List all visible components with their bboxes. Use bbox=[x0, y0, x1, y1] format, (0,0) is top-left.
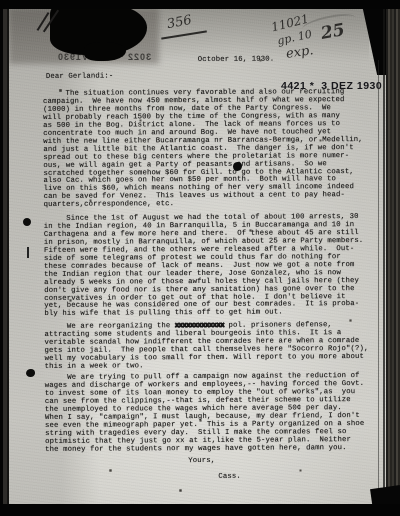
letter-date: October 16, 1930. bbox=[198, 57, 275, 65]
margin-dot-2 bbox=[26, 369, 35, 377]
letter-paragraph-3: We are reorganizing the xxxxxxxxxxxxx po… bbox=[44, 322, 368, 372]
film-edge-left bbox=[0, 0, 9, 516]
letter-closing: Yours, bbox=[188, 458, 215, 466]
film-edge-bottom bbox=[0, 504, 400, 516]
letter-paragraph-4: We are trying to pull off a campaign now… bbox=[45, 373, 365, 454]
margin-tick bbox=[27, 247, 29, 258]
fold-line-1 bbox=[378, 60, 379, 500]
received-date-stamp: 4421 * 3 DEZ 1930 bbox=[281, 80, 382, 92]
letter-paragraph-2: Since the 1st of August we had the total… bbox=[44, 214, 364, 319]
film-edge-top bbox=[0, 0, 400, 9]
margin-dot-1 bbox=[23, 218, 31, 226]
film-edge-right bbox=[386, 0, 400, 516]
letter-signature: Cass. bbox=[218, 474, 241, 482]
photostat-scan: 3022 * 18NOV1930 356 11021 gp. 10 25 exp… bbox=[0, 0, 400, 516]
letter-salutation: Dear Gerlandi:- bbox=[46, 74, 114, 82]
letter-paragraph-1: The situation continues very favorable a… bbox=[43, 89, 363, 210]
fold-line-2 bbox=[383, 9, 385, 504]
typed-text-layer: October 16, 1930. Dear Gerlandi:- The si… bbox=[0, 0, 400, 516]
